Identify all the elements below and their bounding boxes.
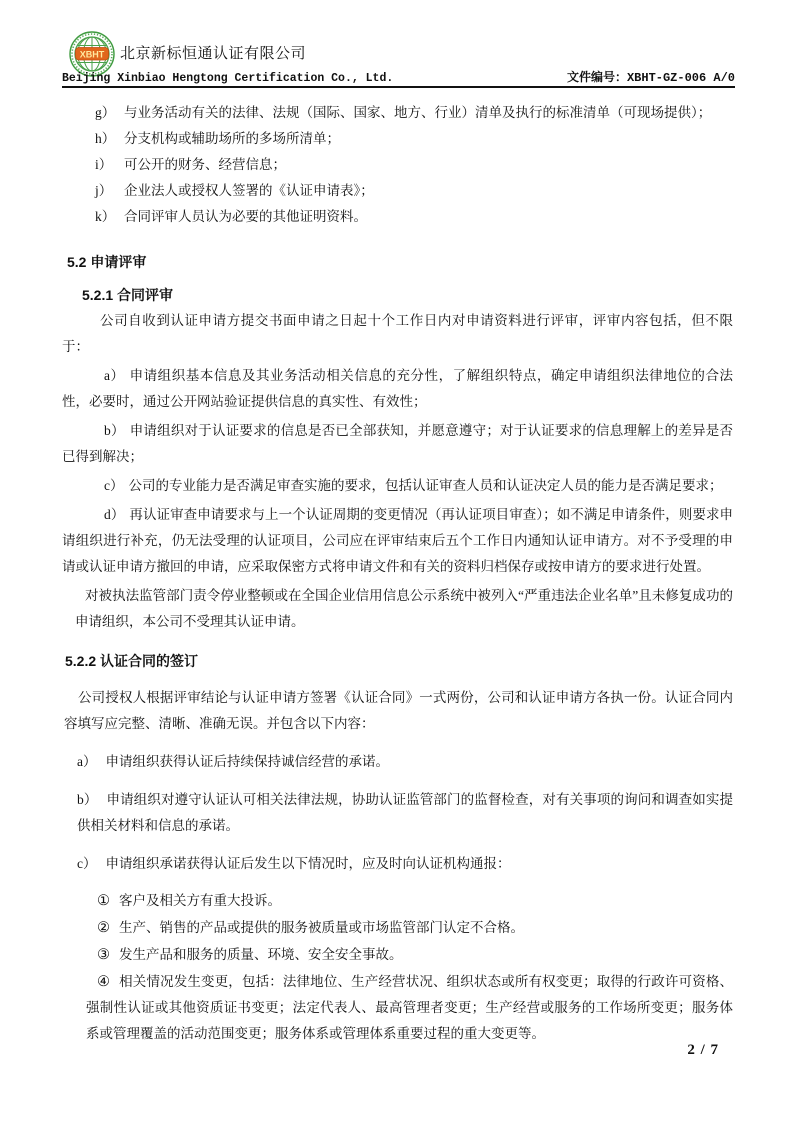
list-marker: b） (104, 423, 125, 438)
sub-item-4: ④相关情况发生变更，包括：法律地位、生产经营状况、组织状态或所有权变更；取得的行… (62, 969, 733, 1047)
list-marker: i） (95, 152, 112, 178)
document-header: XBHT 北京新标恒通认证有限公司 Beijing Xinbiao Hengto… (62, 26, 735, 88)
list-item-text: 分支机构或辅助场所的多场所清单； (124, 131, 340, 146)
list-item-h: h）分支机构或辅助场所的多场所清单； (62, 126, 733, 152)
list-item-text: 公司的专业能力是否满足审查实施的要求，包括认证审查人员和认证决定人员的能力是否满… (129, 478, 723, 493)
document-page: XBHT 北京新标恒通认证有限公司 Beijing Xinbiao Hengto… (0, 0, 793, 1122)
circled-number-marker: ② (97, 920, 110, 936)
list-item-j: j）企业法人或授权人签署的《认证申请表》； (62, 178, 733, 204)
list-marker: a） (77, 754, 97, 769)
list-marker: k） (95, 204, 115, 230)
document-number: 文件编号：XBHT-GZ-006 A/0 (567, 68, 735, 85)
list-item-text: 企业法人或授权人签署的《认证申请表》； (124, 183, 374, 198)
list-item-text: 再认证审查申请要求与上一个认证周期的变更情况（再认证项目审查）；如不满足申请条件… (62, 507, 733, 574)
list-item-text: 申请组织对于认证要求的信息是否已全部获知，并愿意遵守；对于认证要求的信息理解上的… (62, 423, 733, 464)
list-marker: a） (104, 368, 125, 383)
list-item-i: i）可公开的财务、经营信息； (62, 152, 733, 178)
list-item-text: 合同评审人员认为必要的其他证明资料。 (124, 209, 367, 224)
list-item-text: 申请组织基本信息及其业务活动相关信息的充分性，了解组织特点，确定申请组织法律地位… (62, 368, 733, 409)
list-marker: g） (95, 100, 115, 126)
list-item-g: g）与业务活动有关的法律、法规（国际、国家、地方、行业）清单及执行的标准清单（可… (62, 100, 733, 126)
paragraph-5-2-2-intro: 公司授权人根据评审结论与认证申请方签署《认证合同》一式两份，公司和认证申请方各执… (62, 685, 733, 737)
paragraph-5-2-1-closing: 对被执法监管部门责令停业整顿或在全国企业信用信息公示系统中被列入“严重违法企业名… (62, 583, 733, 635)
list-item-5-2-1-a: a）申请组织基本信息及其业务活动相关信息的充分性，了解组织特点，确定申请组织法律… (62, 363, 733, 415)
sub-item-1: ①客户及相关方有重大投诉。 (62, 888, 733, 914)
list-marker: j） (95, 178, 112, 204)
list-item-5-2-2-b: b）申请组织对遵守认证认可相关法律法规，协助认证监管部门的监督检查，对有关事项的… (62, 787, 733, 839)
circled-number-marker: ① (97, 893, 110, 909)
list-item-text: 可公开的财务、经营信息； (124, 157, 286, 172)
list-item-5-2-1-c: c）公司的专业能力是否满足审查实施的要求，包括认证审查人员和认证决定人员的能力是… (62, 473, 733, 499)
list-marker: d） (104, 507, 124, 522)
list-marker: c） (77, 856, 97, 871)
sub-item-text: 客户及相关方有重大投诉。 (119, 893, 281, 908)
header-bottom-row: Beijing Xinbiao Hengtong Certification C… (62, 68, 735, 85)
sub-item-text: 相关情况发生变更，包括：法律地位、生产经营状况、组织状态或所有权变更；取得的行政… (86, 974, 733, 1041)
circled-number-marker: ③ (97, 947, 110, 963)
company-name-zh: 北京新标恒通认证有限公司 (120, 42, 306, 63)
list-item-text: 申请组织获得认证后持续保持诚信经营的承诺。 (106, 754, 390, 769)
list-item-text: 与业务活动有关的法律、法规（国际、国家、地方、行业）清单及执行的标准清单（可现场… (124, 105, 711, 120)
list-item-5-2-1-b: b）申请组织对于认证要求的信息是否已全部获知，并愿意遵守；对于认证要求的信息理解… (62, 418, 733, 470)
list-item-k: k）合同评审人员认为必要的其他证明资料。 (62, 204, 733, 230)
sub-item-2: ②生产、销售的产品或提供的服务被质量或市场监管部门认定不合格。 (62, 915, 733, 941)
paragraph-5-2-1-intro: 公司自收到认证申请方提交书面申请之日起十个工作日内对申请资料进行评审，评审内容包… (62, 308, 733, 360)
sub-item-3: ③发生产品和服务的质量、环境、安全安全事故。 (62, 942, 733, 968)
list-marker: b） (77, 792, 98, 807)
section-heading-5-2-2: 5.2.2 认证合同的签订 (65, 648, 733, 674)
sub-item-text: 生产、销售的产品或提供的服务被质量或市场监管部门认定不合格。 (119, 920, 524, 935)
circled-number-marker: ④ (97, 974, 110, 990)
section-heading-5-2-1: 5.2.1 合同评审 (82, 282, 733, 308)
list-item-5-2-2-c: c）申请组织承诺获得认证后发生以下情况时，应及时向认证机构通报： (62, 851, 733, 877)
list-item-text: 申请组织对遵守认证认可相关法律法规，协助认证监管部门的监督检查，对有关事项的询问… (77, 792, 733, 833)
document-body: g）与业务活动有关的法律、法规（国际、国家、地方、行业）清单及执行的标准清单（可… (62, 100, 733, 1047)
logo-text: XBHT (80, 49, 105, 59)
page-number: 2 / 7 (687, 1037, 719, 1063)
list-marker: h） (95, 126, 115, 152)
company-name-en: Beijing Xinbiao Hengtong Certification C… (62, 72, 393, 85)
sub-item-text: 发生产品和服务的质量、环境、安全安全事故。 (119, 947, 403, 962)
list-marker: c） (104, 478, 124, 493)
section-heading-5-2: 5.2 申请评审 (67, 249, 733, 275)
list-item-5-2-2-a: a）申请组织获得认证后持续保持诚信经营的承诺。 (62, 749, 733, 775)
list-item-5-2-1-d: d）再认证审查申请要求与上一个认证周期的变更情况（再认证项目审查）；如不满足申请… (62, 502, 733, 580)
list-item-text: 申请组织承诺获得认证后发生以下情况时，应及时向认证机构通报： (106, 856, 511, 871)
